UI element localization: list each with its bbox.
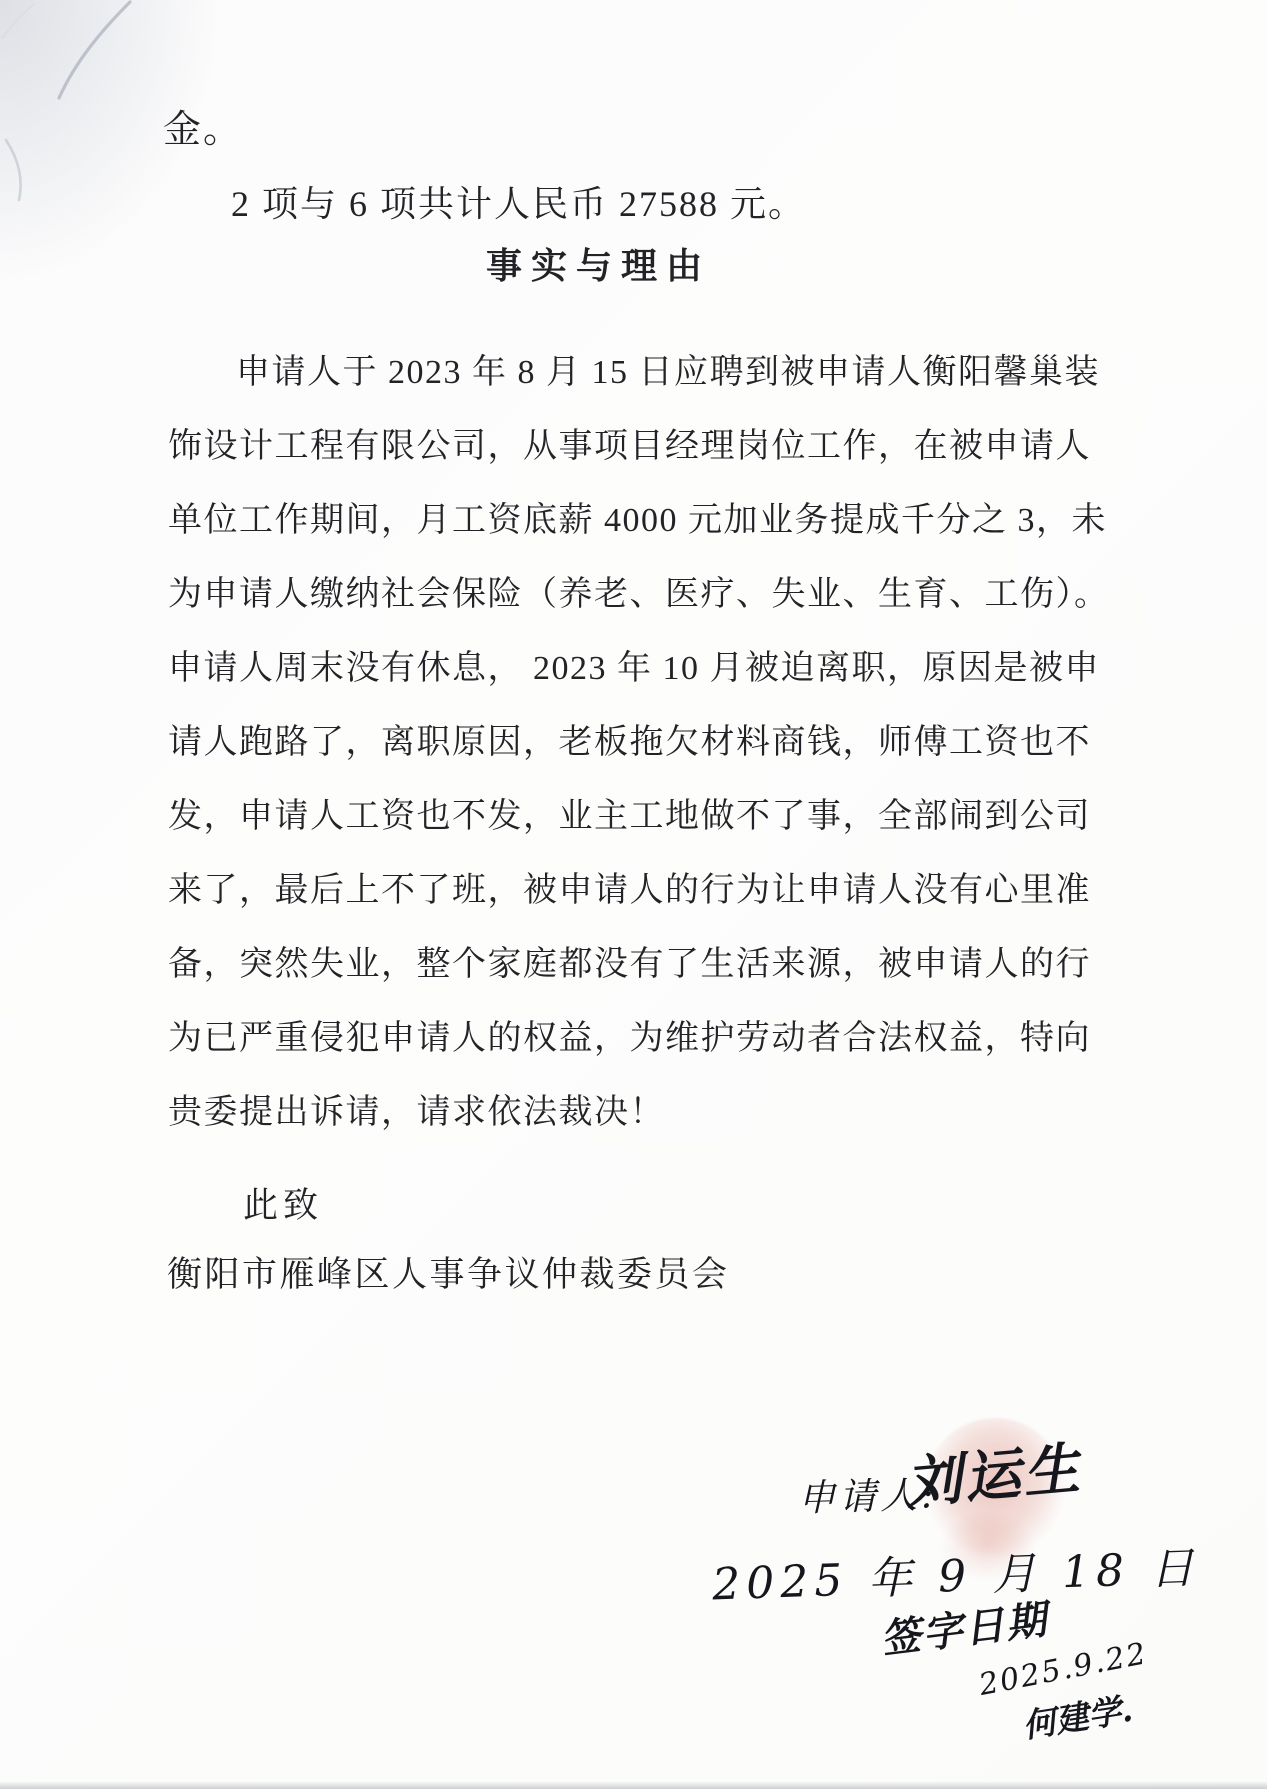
handwritten-note-name: 何建学.	[1019, 1684, 1135, 1748]
body-line: 申请人周末没有休息， 2023 年 10 月被迫离职，原因是被申	[168, 632, 1113, 706]
body-line: 备，突然失业，整个家庭都没有了生活来源，被申请人的行	[168, 928, 1113, 1002]
scanned-arbitration-application: 金。 2 项与 6 项共计人民币 27588 元。 事实与理由 申请人于 202…	[0, 0, 1267, 1789]
body-line: 发，申请人工资也不发，业主工地做不了事，全部闹到公司	[168, 780, 1113, 854]
committee-name: 衡阳市雁峰区人事争议仲裁委员会	[167, 1247, 730, 1297]
facts-and-reasons-paragraph: 申请人于 2023 年 8 月 15 日应聘到被申请人衡阳馨巢装 饰设计工程有限…	[168, 336, 1113, 1150]
section-title: 事实与理由	[486, 238, 711, 289]
body-line: 单位工作期间，月工资底薪 4000 元加业务提成千分之 3，未	[168, 484, 1113, 558]
body-line: 为申请人缴纳社会保险（养老、医疗、失业、生育、工伤）。	[168, 558, 1113, 632]
body-line: 申请人于 2023 年 8 月 15 日应聘到被申请人衡阳馨巢装	[168, 336, 1113, 410]
scan-bottom-edge	[0, 1781, 1267, 1789]
salutation: 此致	[243, 1178, 323, 1228]
claim-total-line: 2 项与 6 项共计人民币 27588 元。	[231, 176, 806, 227]
body-line: 饰设计工程有限公司，从事项目经理岗位工作，在被申请人	[168, 410, 1113, 484]
body-line: 贵委提出诉请，请求依法裁决！	[168, 1076, 1113, 1150]
carryover-text: 金。	[163, 98, 243, 153]
body-line: 请人跑路了，离职原因，老板拖欠材料商钱，师傅工资也不	[168, 706, 1113, 780]
body-line: 来了，最后上不了班，被申请人的行为让申请人没有心里准	[168, 854, 1113, 928]
body-line: 为已严重侵犯申请人的权益，为维护劳动者合法权益，特向	[168, 1002, 1113, 1076]
applicant-signature: 刘运生	[902, 1424, 1085, 1519]
